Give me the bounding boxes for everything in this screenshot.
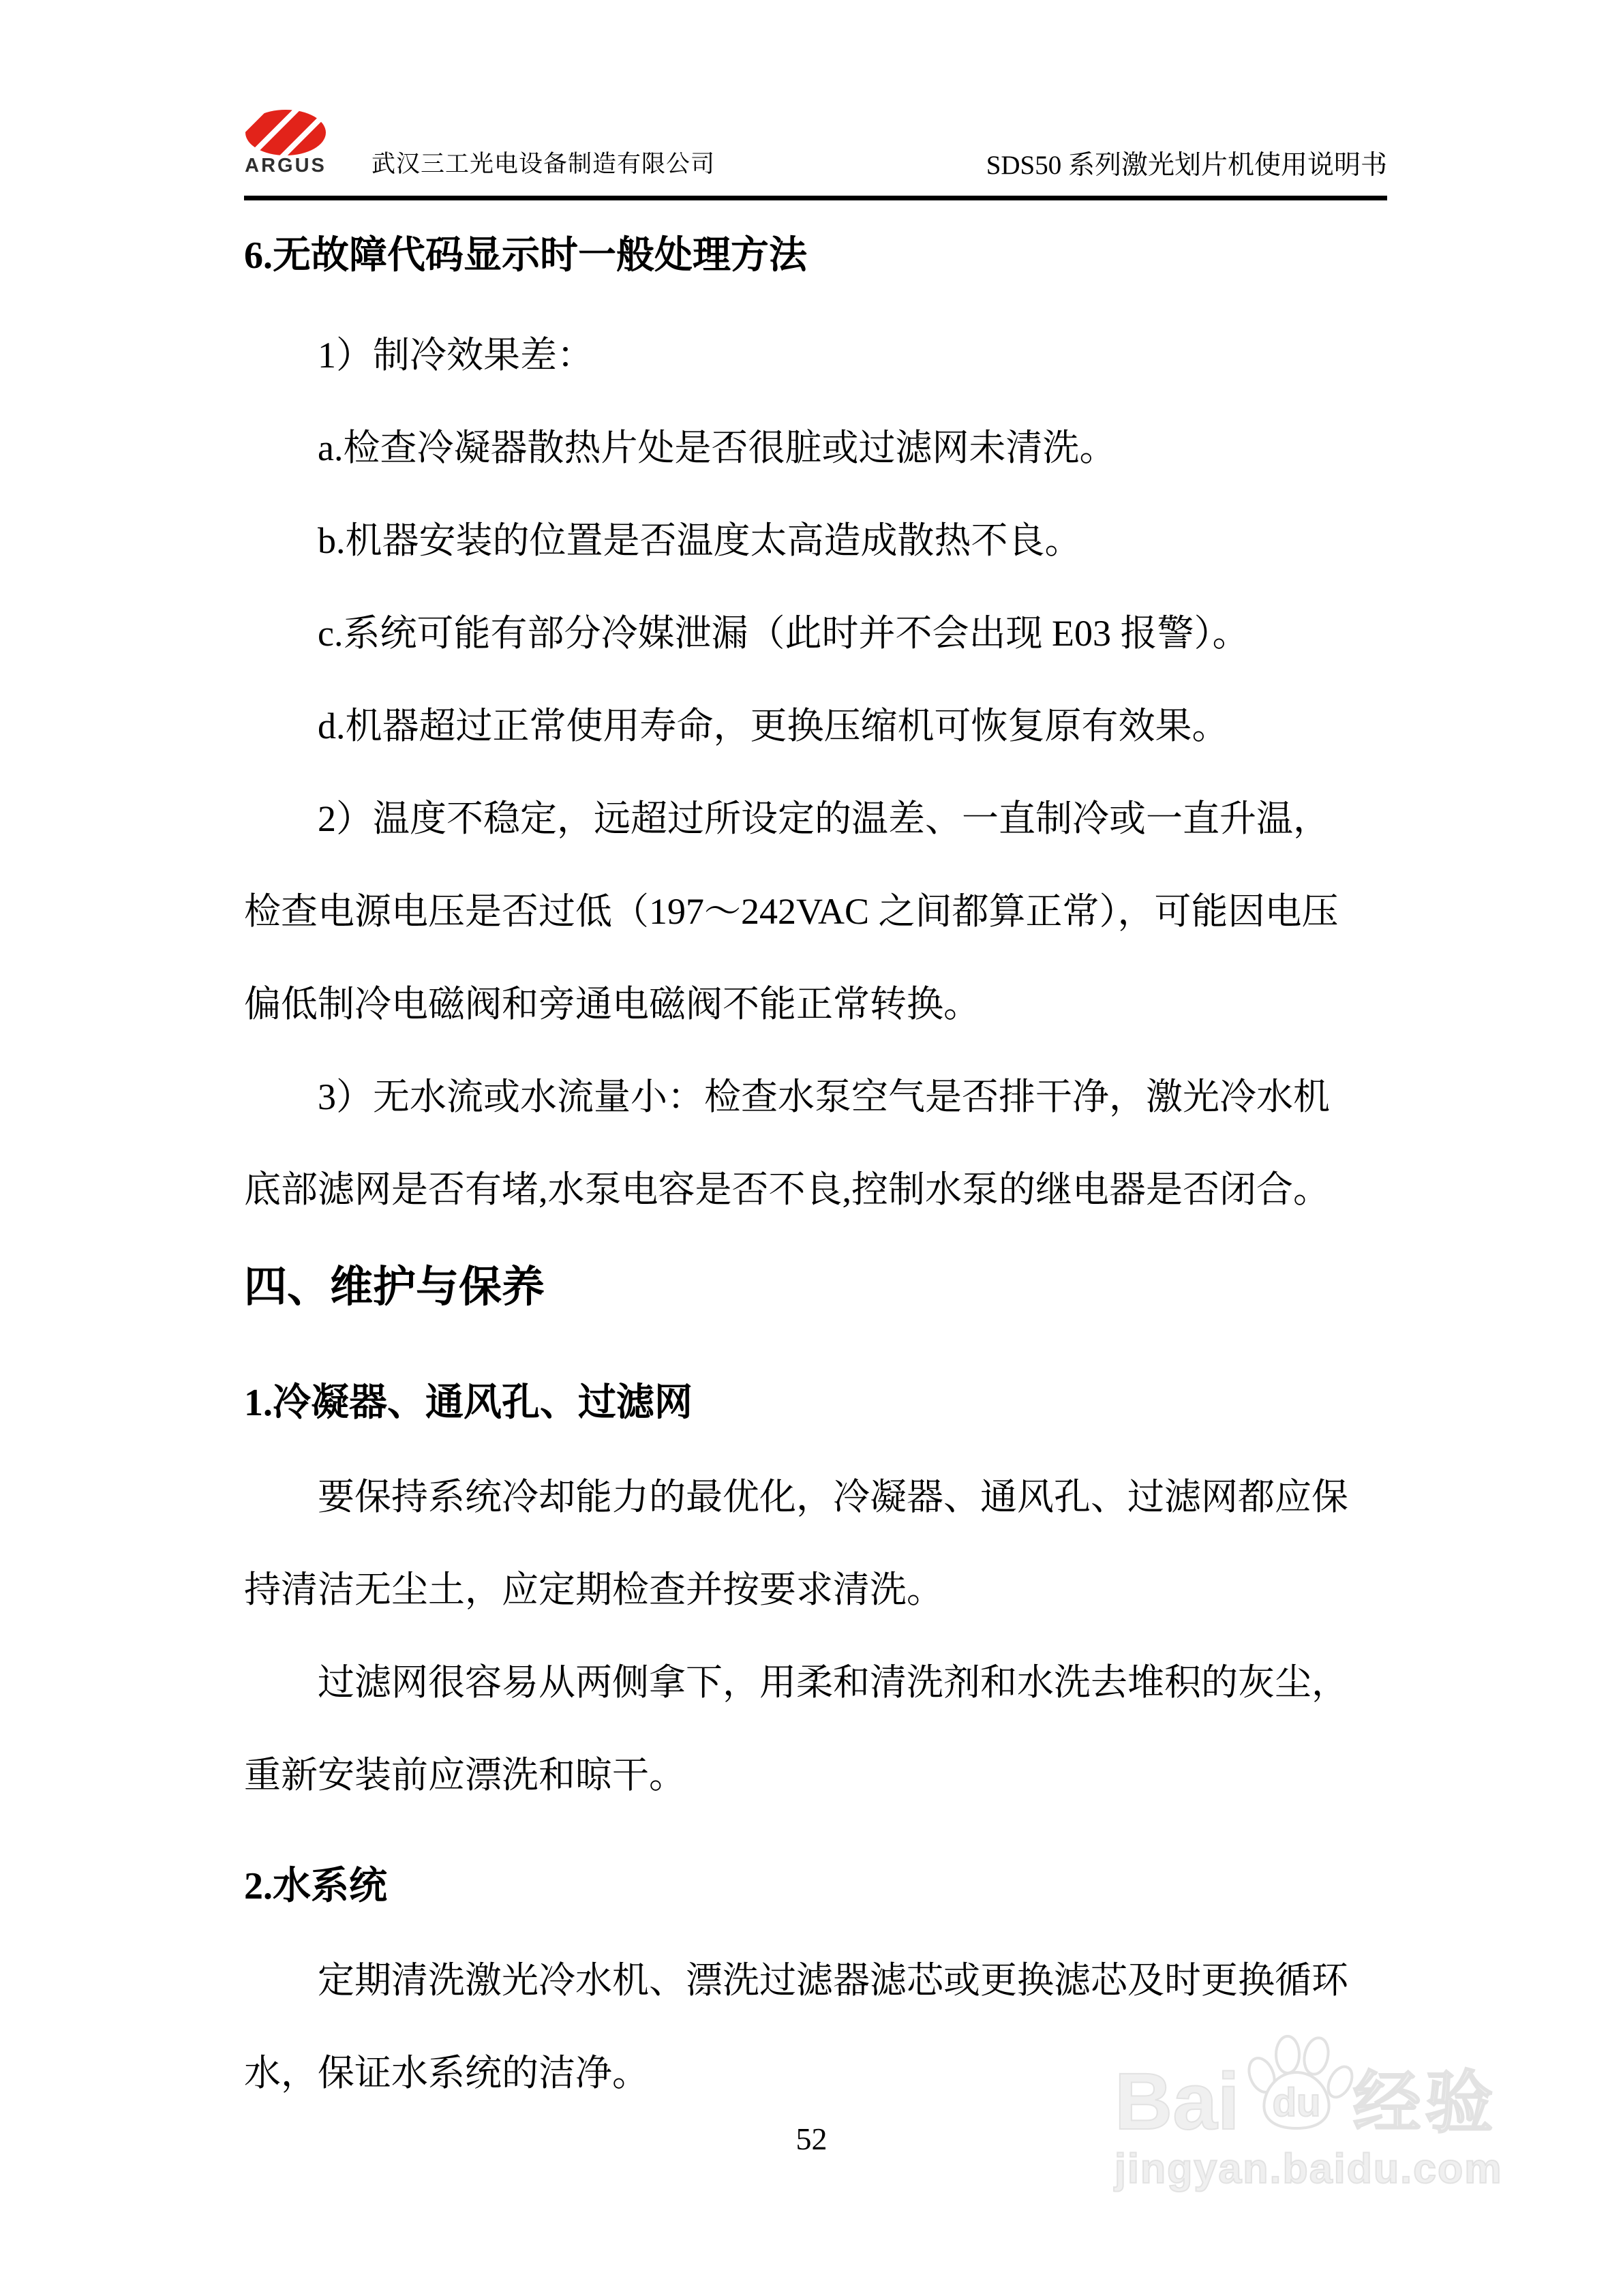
body-line: 检查电源电压是否过低（197～242VAC 之间都算正常），可能因电压: [244, 865, 1396, 958]
body-line: d.机器超过正常使用寿命，更换压缩机可恢复原有效果。: [244, 680, 1396, 772]
body-line: a.检查冷凝器散热片处是否很脏或过滤网未清洗。: [244, 402, 1396, 494]
body-line: 3）无水流或水流量小：检查水泵空气是否排干净，激光冷水机: [244, 1051, 1396, 1143]
body-line: 2）温度不稳定，远超过所设定的温差、一直制冷或一直升温，: [244, 772, 1396, 865]
baidu-paw-icon: du: [1236, 2033, 1357, 2142]
baidu-logo-text-du: du: [1272, 2081, 1320, 2125]
body-line: 过滤网很容易从两侧拿下，用柔和清洗剂和水洗去堆积的灰尘，: [244, 1636, 1396, 1729]
body-line: 持清洁无尘土，应定期检查并按要求清洗。: [244, 1543, 1396, 1636]
page-content: 6.无故障代码显示时一般处理方法 1）制冷效果差： a.检查冷凝器散热片处是否很…: [244, 222, 1396, 2119]
manual-page: ARGUS 武汉三工光电设备制造有限公司 SDS50 系列激光划片机使用说明书 …: [0, 0, 1623, 2296]
company-name: 武汉三工光电设备制造有限公司: [371, 145, 715, 179]
body-line: 底部滤网是否有堵,水泵电容是否不良,控制水泵的继电器是否闭合。: [244, 1143, 1396, 1236]
baidu-watermark-brand: Bai du 经验: [1114, 2033, 1605, 2142]
baidu-logo-text-jingyan: 经验: [1353, 2066, 1498, 2142]
body-line: 偏低制冷电磁阀和旁通电磁阀不能正常转换。: [244, 958, 1396, 1051]
body-line: b.机器安装的位置是否温度太高造成散热不良。: [244, 494, 1396, 587]
body-line: 重新安装前应漂洗和晾干。: [244, 1729, 1396, 1822]
header-rule: [244, 196, 1387, 200]
subsection-heading-2: 2.水系统: [244, 1839, 1396, 1934]
baidu-logo-text-bai: Bai: [1114, 2061, 1240, 2142]
argus-logo-icon: [245, 110, 326, 155]
body-line: 定期清洗激光冷水机、漂洗过滤器滤芯或更换滤芯及时更换循环: [244, 1934, 1396, 2027]
body-line: 要保持系统冷却能力的最优化，冷凝器、通风孔、过滤网都应保: [244, 1451, 1396, 1543]
section-heading-6: 6.无故障代码显示时一般处理方法: [244, 222, 1396, 290]
section-heading-4: 四、维护与保养: [244, 1236, 1396, 1338]
body-line: c.系统可能有部分冷媒泄漏（此时并不会出现 E03 报警）。: [244, 587, 1396, 680]
doc-title: SDS50 系列激光划片机使用说明书: [986, 144, 1387, 182]
subsection-heading-1: 1.冷凝器、通风孔、过滤网: [244, 1355, 1396, 1451]
argus-logo-text: ARGUS: [243, 155, 329, 177]
baidu-watermark: Bai du 经验 jingyan.baidu.com: [1114, 2033, 1605, 2192]
watermark-url: jingyan.baidu.com: [1114, 2145, 1605, 2192]
body-line: 1）制冷效果差：: [244, 309, 1396, 402]
